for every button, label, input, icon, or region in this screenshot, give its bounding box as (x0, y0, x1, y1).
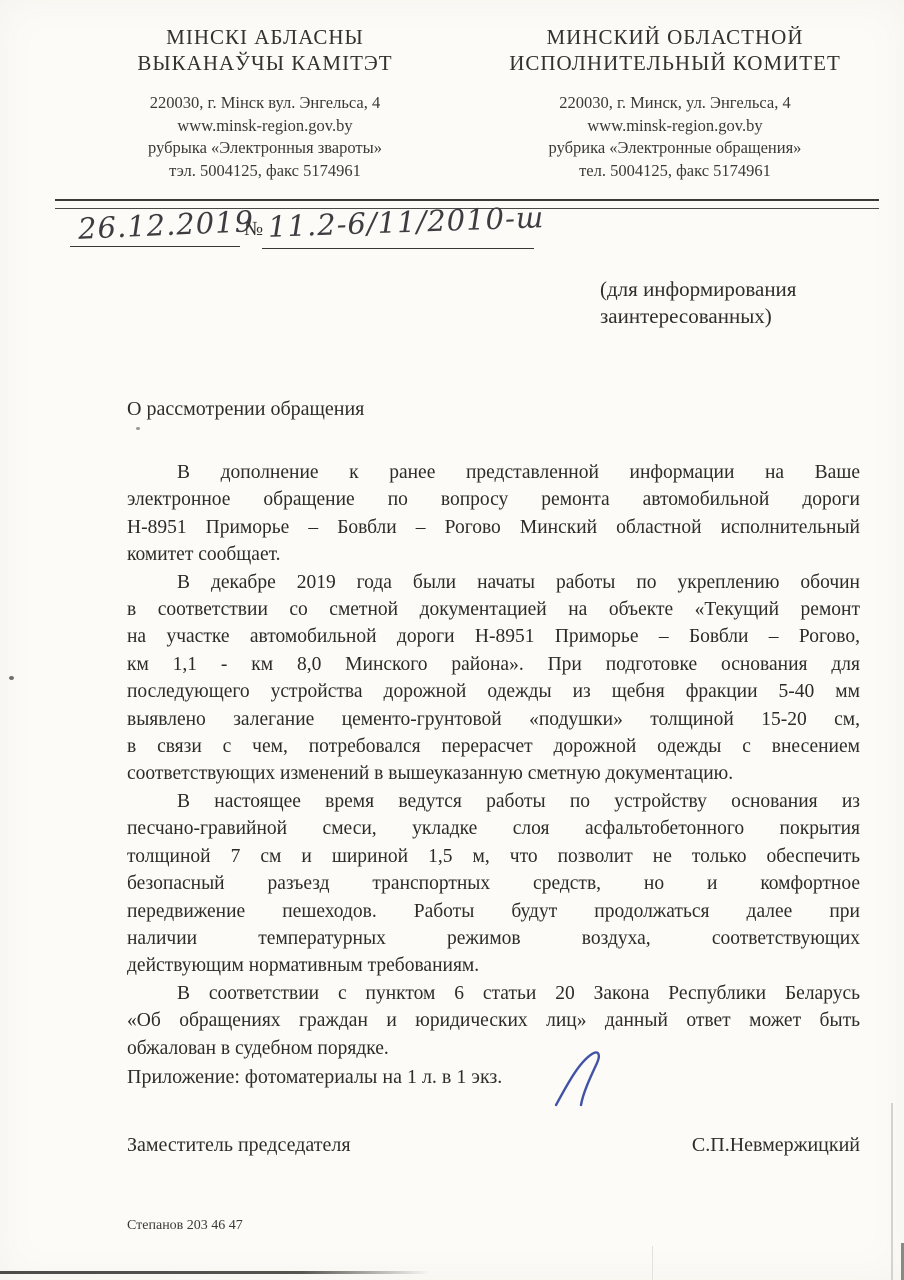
paragraph-line: соответствующих изменений в вышеуказанну… (127, 760, 860, 787)
paragraph-line: обжалован в судебном порядке. (127, 1035, 860, 1062)
paragraph-line: передвижение пешеходов. Работы будут про… (127, 898, 860, 925)
paragraph-line: электронное обращение по вопросу ремонта… (127, 486, 860, 513)
scan-artifact-vertical-line (652, 1246, 653, 1280)
paragraph-line: Н-8951 Приморье – Бовбли – Рогово Мински… (127, 514, 860, 541)
paragraph-line: В настоящее время ведутся работы по устр… (127, 788, 860, 815)
signer-position: Заместитель председателя (127, 1134, 351, 1157)
handwritten-date: 26.12.2019 (77, 204, 254, 246)
signature-row: Заместитель председателя С.П.Невмержицки… (127, 1134, 860, 1157)
paragraph-line: В декабре 2019 года были начаты работы п… (127, 569, 860, 596)
body-paragraphs: В дополнение к ранее представленной инфо… (127, 459, 860, 1062)
paragraph-line: в соответствии со сметной документацией … (127, 596, 860, 623)
subject-line: О рассмотрении обращения (127, 398, 364, 421)
paragraph-line: на участке автомобильной дороги Н-8951 П… (127, 623, 860, 650)
org-phone-fax: тэл. 5004125, факс 5174961 (55, 160, 475, 183)
paragraph-line: выявлено залегание цементо-грунтовой «по… (127, 706, 860, 733)
number-underline (262, 248, 534, 249)
blue-pen-mark (548, 1045, 620, 1117)
paragraph-line: «Об обращениях граждан и юридических лиц… (127, 1007, 860, 1034)
org-address-block: 220030, г. Минск, ул. Энгельса, 4 www.mi… (470, 92, 880, 182)
paragraph-line: песчано-гравийной смеси, укладке слоя ас… (127, 815, 860, 842)
letterhead-belarusian: МІНСКІ АБЛАСНЫ ВЫКАНАЎЧЫ КАМІТЭТ 220030,… (55, 24, 475, 182)
paragraph-line: безопасный разъезд транспортных средств,… (127, 870, 860, 897)
org-title-line: ВЫКАНАЎЧЫ КАМІТЭТ (55, 50, 475, 76)
letterhead-russian: МИНСКИЙ ОБЛАСТНОЙ ИСПОЛНИТЕЛЬНЫЙ КОМИТЕТ… (470, 24, 880, 182)
org-title-line: МИНСКИЙ ОБЛАСТНОЙ (470, 24, 880, 50)
scan-artifact-vertical-line (891, 1103, 893, 1280)
executor-contact: Степанов 203 46 47 (127, 1218, 243, 1234)
org-address-line: рубрика «Электронные обращения» (470, 137, 880, 160)
scanned-letter-page: МІНСКІ АБЛАСНЫ ВЫКАНАЎЧЫ КАМІТЭТ 220030,… (0, 0, 904, 1280)
attachment-line: Приложение: фотоматериалы на 1 л. в 1 эк… (127, 1066, 502, 1089)
paragraph: В дополнение к ранее представленной инфо… (127, 459, 860, 569)
scan-artifact-speck (9, 676, 14, 680)
date-underline (70, 246, 240, 247)
paragraph-line: В соответствии с пунктом 6 статьи 20 Зак… (127, 980, 860, 1007)
org-address-block: 220030, г. Мінск вул. Энгельса, 4 www.mi… (55, 92, 475, 182)
signer-name: С.П.Невмержицкий (692, 1134, 860, 1157)
org-website: www.minsk-region.gov.by (470, 115, 880, 138)
paragraph: В декабре 2019 года были начаты работы п… (127, 569, 860, 788)
paragraph: В соответствии с пунктом 6 статьи 20 Зак… (127, 980, 860, 1062)
paragraph-line: наличии температурных режимов воздуха, с… (127, 925, 860, 952)
paragraph-line: В дополнение к ранее представленной инфо… (127, 459, 860, 486)
paragraph-line: действующим нормативным требованиям. (127, 952, 860, 979)
recipient-note: (для информирования заинтересованных) (600, 276, 880, 330)
paragraph-line: км 1,1 - км 8,0 Минского района». При по… (127, 651, 860, 678)
scan-artifact-speck (136, 427, 140, 430)
paragraph-line: в связи с чем, потребовался перерасчет д… (127, 733, 860, 760)
org-title-line: ИСПОЛНИТЕЛЬНЫЙ КОМИТЕТ (470, 50, 880, 76)
paragraph-line: последующего устройства дорожной одежды … (127, 678, 860, 705)
recipient-note-line: заинтересованных) (600, 303, 880, 330)
scan-artifact-bottom-line (0, 1271, 430, 1274)
paragraph-line: толщиной 7 см и шириной 1,5 м, что позво… (127, 843, 860, 870)
org-website: www.minsk-region.gov.by (55, 115, 475, 138)
org-phone-fax: тел. 5004125, факс 5174961 (470, 160, 880, 183)
org-address-line: рубрыка «Электронныя звароты» (55, 137, 475, 160)
recipient-note-line: (для информирования (600, 276, 880, 303)
org-title-line: МІНСКІ АБЛАСНЫ (55, 24, 475, 50)
org-address-line: 220030, г. Минск, ул. Энгельса, 4 (470, 92, 880, 115)
paragraph: В настоящее время ведутся работы по устр… (127, 788, 860, 980)
org-address-line: 220030, г. Мінск вул. Энгельса, 4 (55, 92, 475, 115)
number-sign: № (244, 218, 263, 241)
paragraph-line: комитет сообщает. (127, 541, 860, 568)
